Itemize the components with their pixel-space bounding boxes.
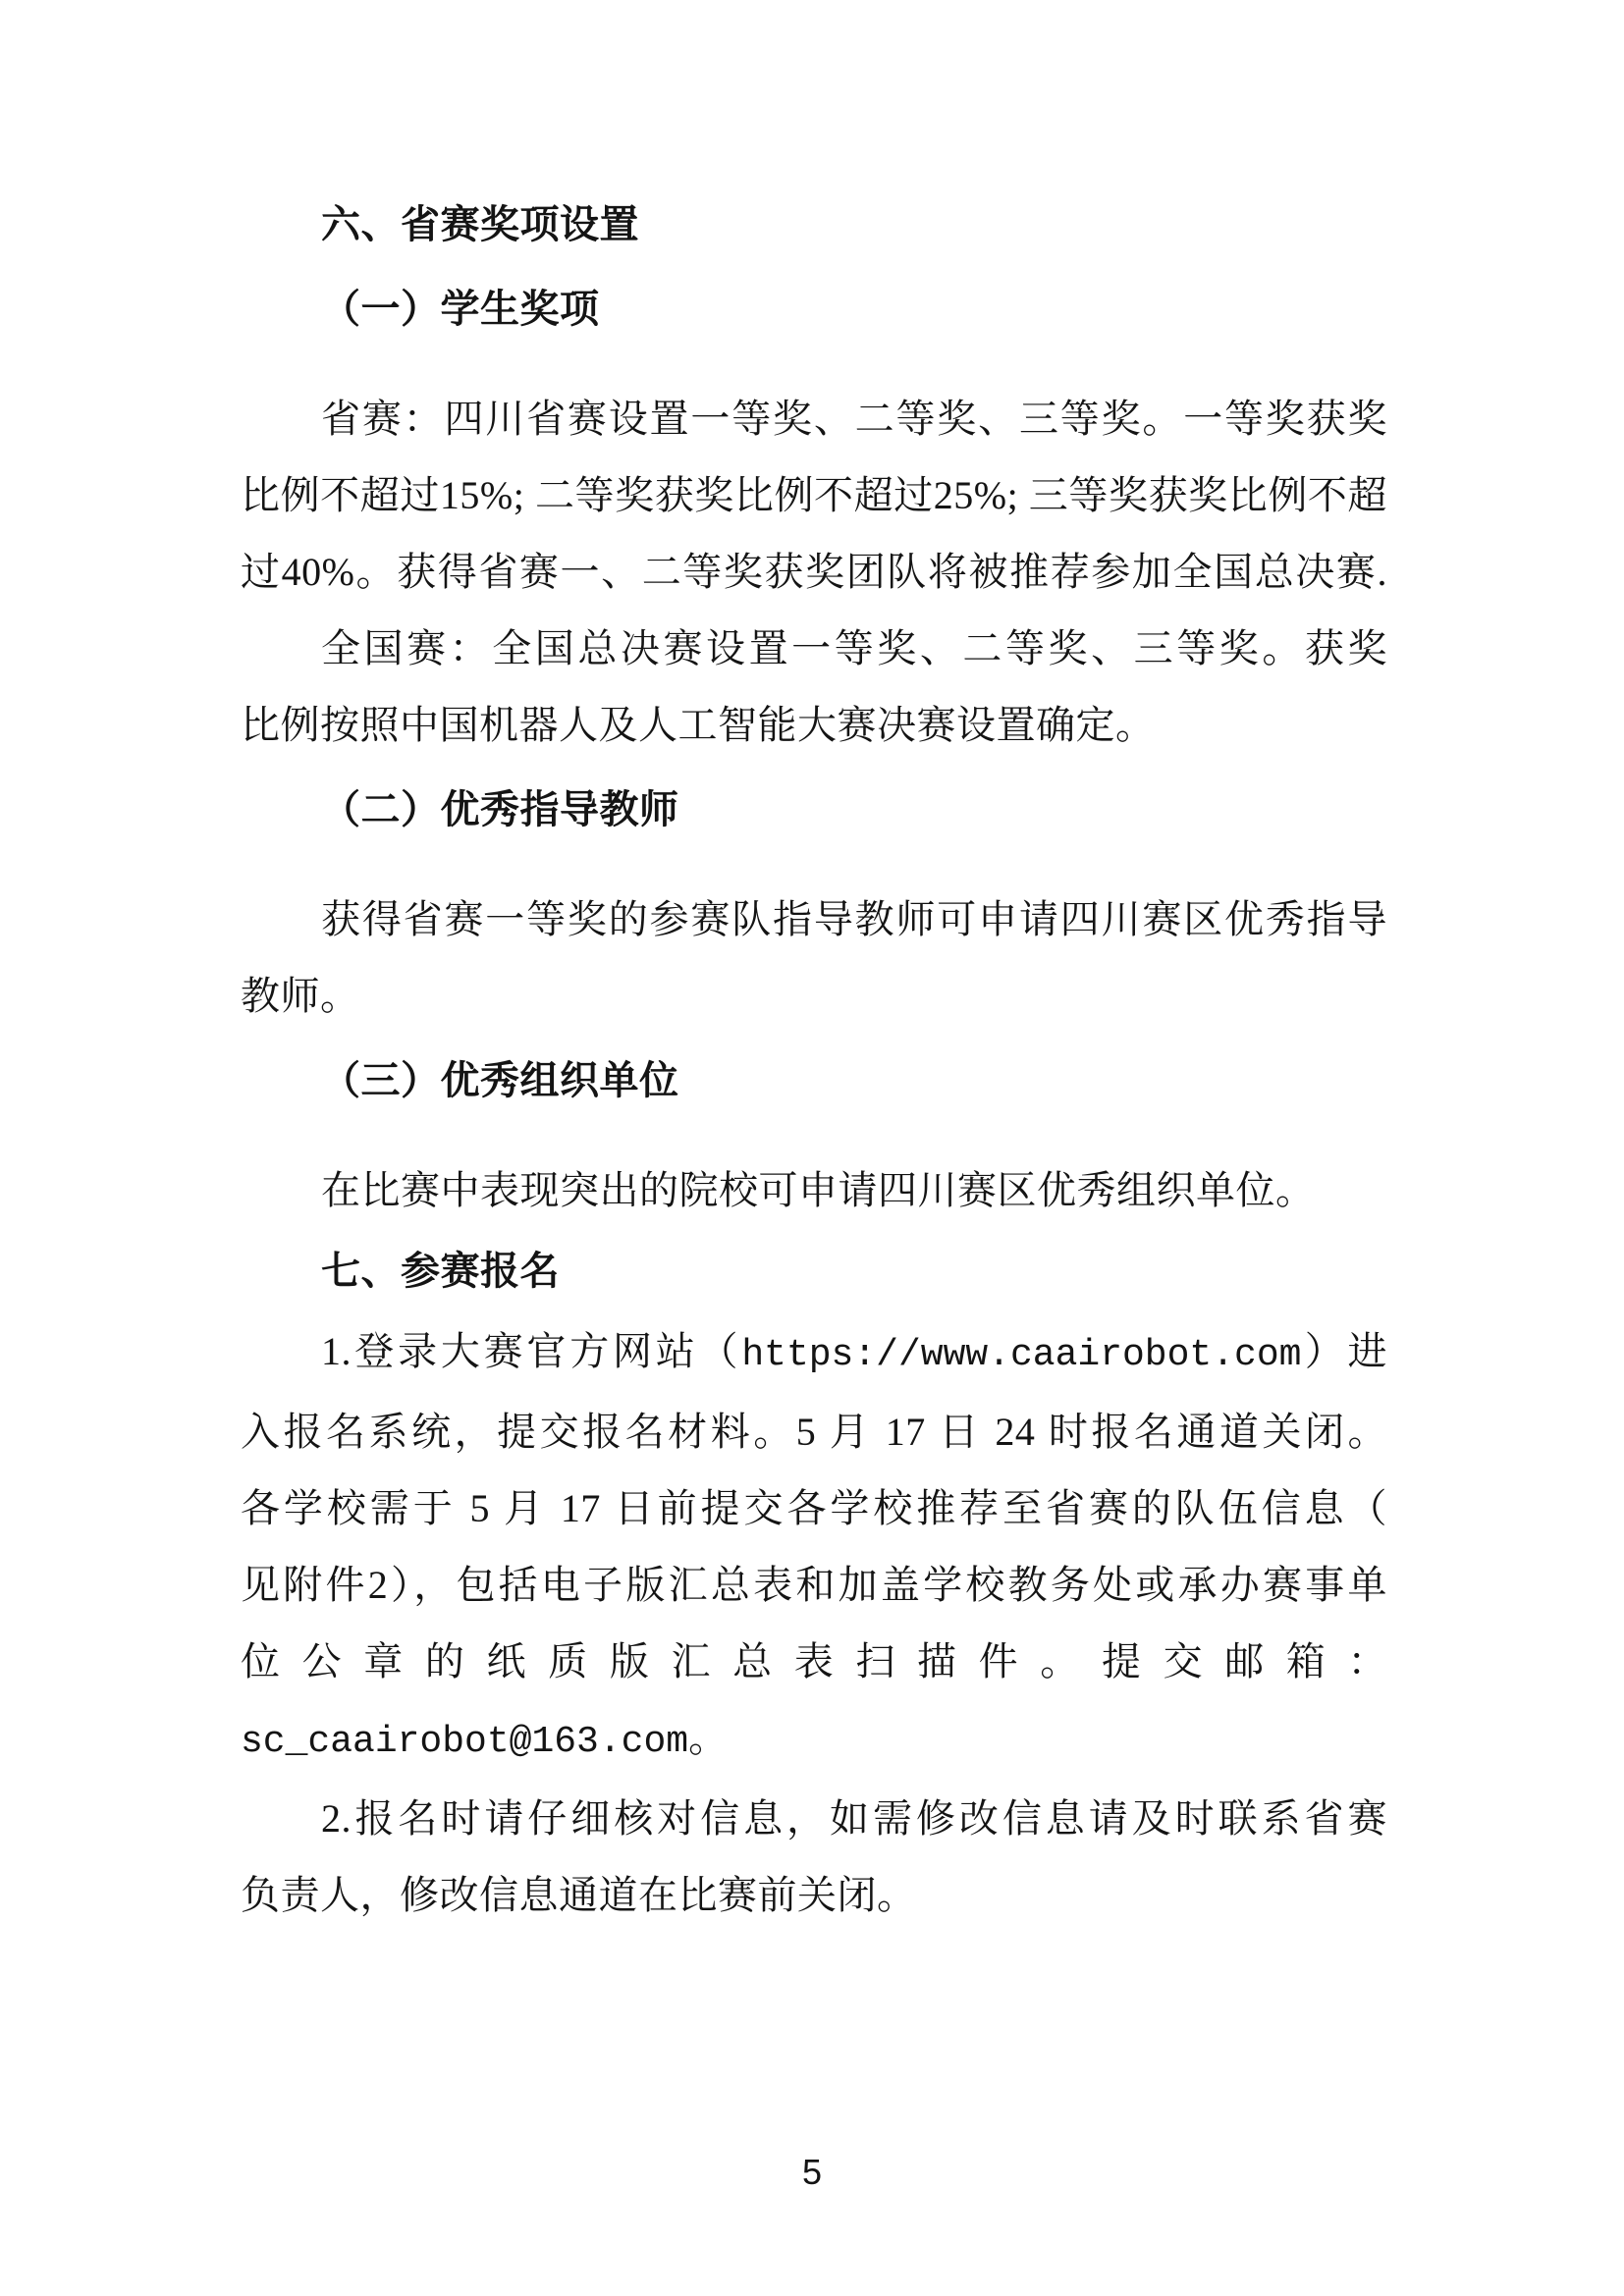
text-run: 全国赛：全国总决赛设置一等奖、二等奖、三等奖。获奖 (321, 626, 1387, 670)
text-run: （三）优秀组织单位 (321, 1059, 679, 1102)
text-run: （二）优秀指导教师 (321, 788, 679, 831)
paragraph-line: 见附件2），包括电子版汇总表和加盖学校教务处或承办赛事单 (241, 1547, 1387, 1624)
text-run: 在比赛中表现突出的院校可申请四川赛区优秀组织单位。 (321, 1168, 1316, 1212)
text-run: 获得省赛一等奖的参赛队指导教师可申请四川赛区优秀指导 (321, 897, 1387, 941)
subsection-heading: （二）优秀指导教师 (241, 772, 1387, 848)
text-run: 比例按照中国机器人及人工智能大赛决赛设置确定。 (241, 703, 1156, 747)
paragraph-line: 各学校需于 5 月 17 日前提交各学校推荐至省赛的队伍信息（ (241, 1470, 1387, 1547)
paragraph-line: 1.登录大赛官方网站（https://www.caairobot.com）进 (241, 1313, 1387, 1394)
section-heading: 六、省赛奖项设置 (241, 187, 1387, 263)
paragraph-line: 比例按照中国机器人及人工智能大赛决赛设置确定。 (241, 687, 1387, 764)
text-run: 教师。 (241, 974, 360, 1018)
text-run: 位公章的纸质版汇总表扫描件。提交邮箱： (241, 1639, 1387, 1683)
paragraph-line: 获得省赛一等奖的参赛队指导教师可申请四川赛区优秀指导 (241, 881, 1387, 958)
paragraph-line: 入报名系统，提交报名材料。5 月 17 日 24 时报名通道关闭。 (241, 1394, 1387, 1470)
subsection-heading: （一）学生奖项 (241, 271, 1387, 347)
paragraph-line: 位公章的纸质版汇总表扫描件。提交邮箱： (241, 1624, 1387, 1700)
text-run: 。 (688, 1716, 729, 1760)
paragraph-line: 2.报名时请仔细核对信息，如需修改信息请及时联系省赛 (241, 1781, 1387, 1857)
text-run: 入报名系统，提交报名材料。5 月 17 日 24 时报名通道关闭。 (241, 1410, 1387, 1454)
subsection-heading: （三）优秀组织单位 (241, 1042, 1387, 1119)
paragraph-line: 负责人，修改信息通道在比赛前关闭。 (241, 1857, 1387, 1934)
text-run: 过40%。获得省赛一、二等奖获奖团队将被推荐参加全国总决赛. (241, 550, 1387, 594)
paragraph-line: 过40%。获得省赛一、二等奖获奖团队将被推荐参加全国总决赛. (241, 534, 1387, 611)
paragraph-line: 比例不超过15%; 二等奖获奖比例不超过25%; 三等奖获奖比例不超 (241, 457, 1387, 534)
text-run: 各学校需于 5 月 17 日前提交各学校推荐至省赛的队伍信息（ (241, 1486, 1387, 1530)
link-text: https://www.caairobot.com (741, 1334, 1301, 1376)
paragraph-line: sc_caairobot@163.com。 (241, 1700, 1387, 1781)
document-body: 六、省赛奖项设置（一）学生奖项省赛：四川省赛设置一等奖、二等奖、三等奖。一等奖获… (241, 183, 1387, 1934)
text-run: 比例不超过15%; 二等奖获奖比例不超过25%; 三等奖获奖比例不超 (241, 473, 1387, 517)
text-run: （一）学生奖项 (321, 288, 600, 331)
text-run: 1.登录大赛官方网站（ (321, 1329, 741, 1373)
text-run: 见附件2），包括电子版汇总表和加盖学校教务处或承办赛事单 (241, 1563, 1387, 1607)
document-page: 六、省赛奖项设置（一）学生奖项省赛：四川省赛设置一等奖、二等奖、三等奖。一等奖获… (0, 0, 1624, 2296)
text-run: 2.报名时请仔细核对信息，如需修改信息请及时联系省赛 (321, 1796, 1387, 1841)
text-run: 七、参赛报名 (321, 1250, 560, 1293)
text-run: ）进 (1301, 1329, 1387, 1373)
paragraph-line: 教师。 (241, 958, 1387, 1035)
paragraph-line: 在比赛中表现突出的院校可申请四川赛区优秀组织单位。 (241, 1152, 1387, 1229)
page-number: 5 (0, 2152, 1624, 2193)
paragraph-line: 省赛：四川省赛设置一等奖、二等奖、三等奖。一等奖获奖 (241, 381, 1387, 457)
section-heading: 七、参赛报名 (241, 1233, 1387, 1309)
text-run: 负责人，修改信息通道在比赛前关闭。 (241, 1873, 917, 1917)
link-text: sc_caairobot@163.com (241, 1721, 688, 1763)
text-run: 省赛：四川省赛设置一等奖、二等奖、三等奖。一等奖获奖 (321, 397, 1387, 441)
text-run: 六、省赛奖项设置 (321, 203, 639, 246)
paragraph-line: 全国赛：全国总决赛设置一等奖、二等奖、三等奖。获奖 (241, 611, 1387, 687)
